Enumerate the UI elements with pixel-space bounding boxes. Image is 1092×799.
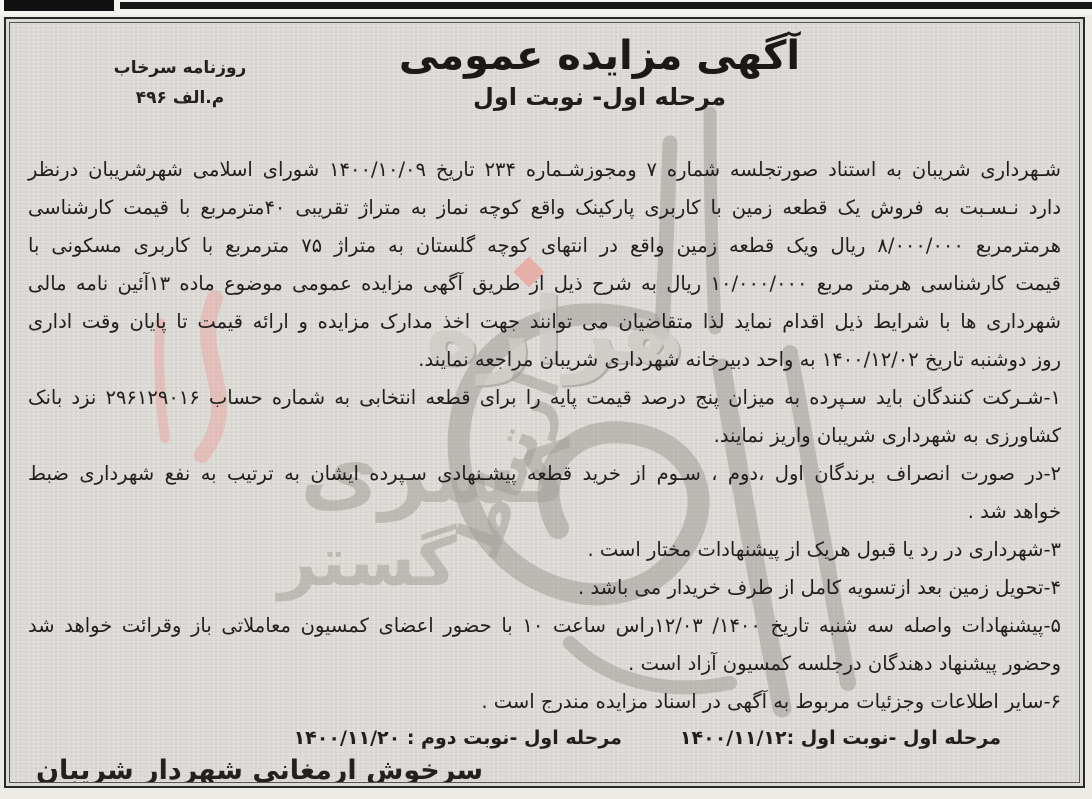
body-line: وحضور پیشنهاد دهندگان درجلسه کمسیون آزاد… — [28, 645, 1061, 683]
top-horizontal-rule — [120, 2, 1092, 9]
second-round-date: مرحله اول -نوبت دوم : ۱۴۰۰/۱۱/۲۰ — [294, 727, 622, 749]
body-line: روز دوشنبه تاریخ ۱۴۰۰/۱۲/۰۲ به واحد دبیر… — [28, 341, 1061, 379]
newspaper-clipping: هزاره کسری گستر ارتباط روزنامه سرخاب م.ا… — [0, 0, 1092, 799]
body-line: کشاورزی به شهرداری شریبان واریز نمایند. — [28, 417, 1061, 455]
advert-paper: هزاره کسری گستر ارتباط روزنامه سرخاب م.ا… — [9, 22, 1080, 783]
license-number: م.الف ۴۹۶ — [80, 83, 280, 113]
body-line: شـهرداری شریبان به استناد صورتجلسه شماره… — [28, 151, 1061, 189]
page-top-rule — [0, 0, 1092, 15]
body-line: ۳-شهرداری در رد یا قبول هریک از پیشنهادا… — [28, 531, 1061, 569]
body-line: هرمترمربع ۸/۰۰۰/۰۰۰ ریال ویک قطعه زمین و… — [28, 227, 1061, 265]
body-line: ۶-سایر اطلاعات وجزئیات مربوط به آگهی در … — [28, 683, 1061, 721]
body-line: شهرداری ها با شرایط ذیل اقدام نماید لذا … — [28, 303, 1061, 341]
publication-dates: مرحله اول -نوبت اول :۱۴۰۰/۱۱/۱۲ مرحله او… — [10, 727, 1079, 749]
first-round-date: مرحله اول -نوبت اول :۱۴۰۰/۱۱/۱۲ — [680, 727, 1001, 749]
newspaper-name: روزنامه سرخاب — [80, 53, 280, 83]
body-line: ۲-در صورت انصراف برندگان اول ،دوم ، سـوم… — [28, 455, 1061, 493]
advert-frame: هزاره کسری گستر ارتباط روزنامه سرخاب م.ا… — [4, 17, 1085, 788]
top-left-black-bar — [4, 0, 114, 11]
body-line: ۴-تحویل زمین بعد ازتسویه کامل از طرف خری… — [28, 569, 1061, 607]
mayor-signature: سرخوش ارمغانی شهردار شریبان — [10, 755, 1079, 783]
body-line: خواهد شد . — [28, 493, 1061, 531]
body-line: ۵-پیشنهادات واصله سه شنبه تاریخ ۱۴۰۰/ ۱۲… — [28, 607, 1061, 645]
body-line: قیمت کارشناسی هرمتر مربع ۱۰/۰۰۰/۰۰۰ ریال… — [28, 265, 1061, 303]
masthead: روزنامه سرخاب م.الف ۴۹۶ — [80, 53, 280, 113]
advert-header: روزنامه سرخاب م.الف ۴۹۶ آگهی مزایده عموم… — [10, 23, 1079, 141]
body-line: ۱-شـرکت کنندگان باید سـپرده به میزان پنج… — [28, 379, 1061, 417]
advert-body: شـهرداری شریبان به استناد صورتجلسه شماره… — [10, 141, 1079, 721]
body-line: دارد نـسـبت به فروش یک قطعه زمین با کارب… — [28, 189, 1061, 227]
